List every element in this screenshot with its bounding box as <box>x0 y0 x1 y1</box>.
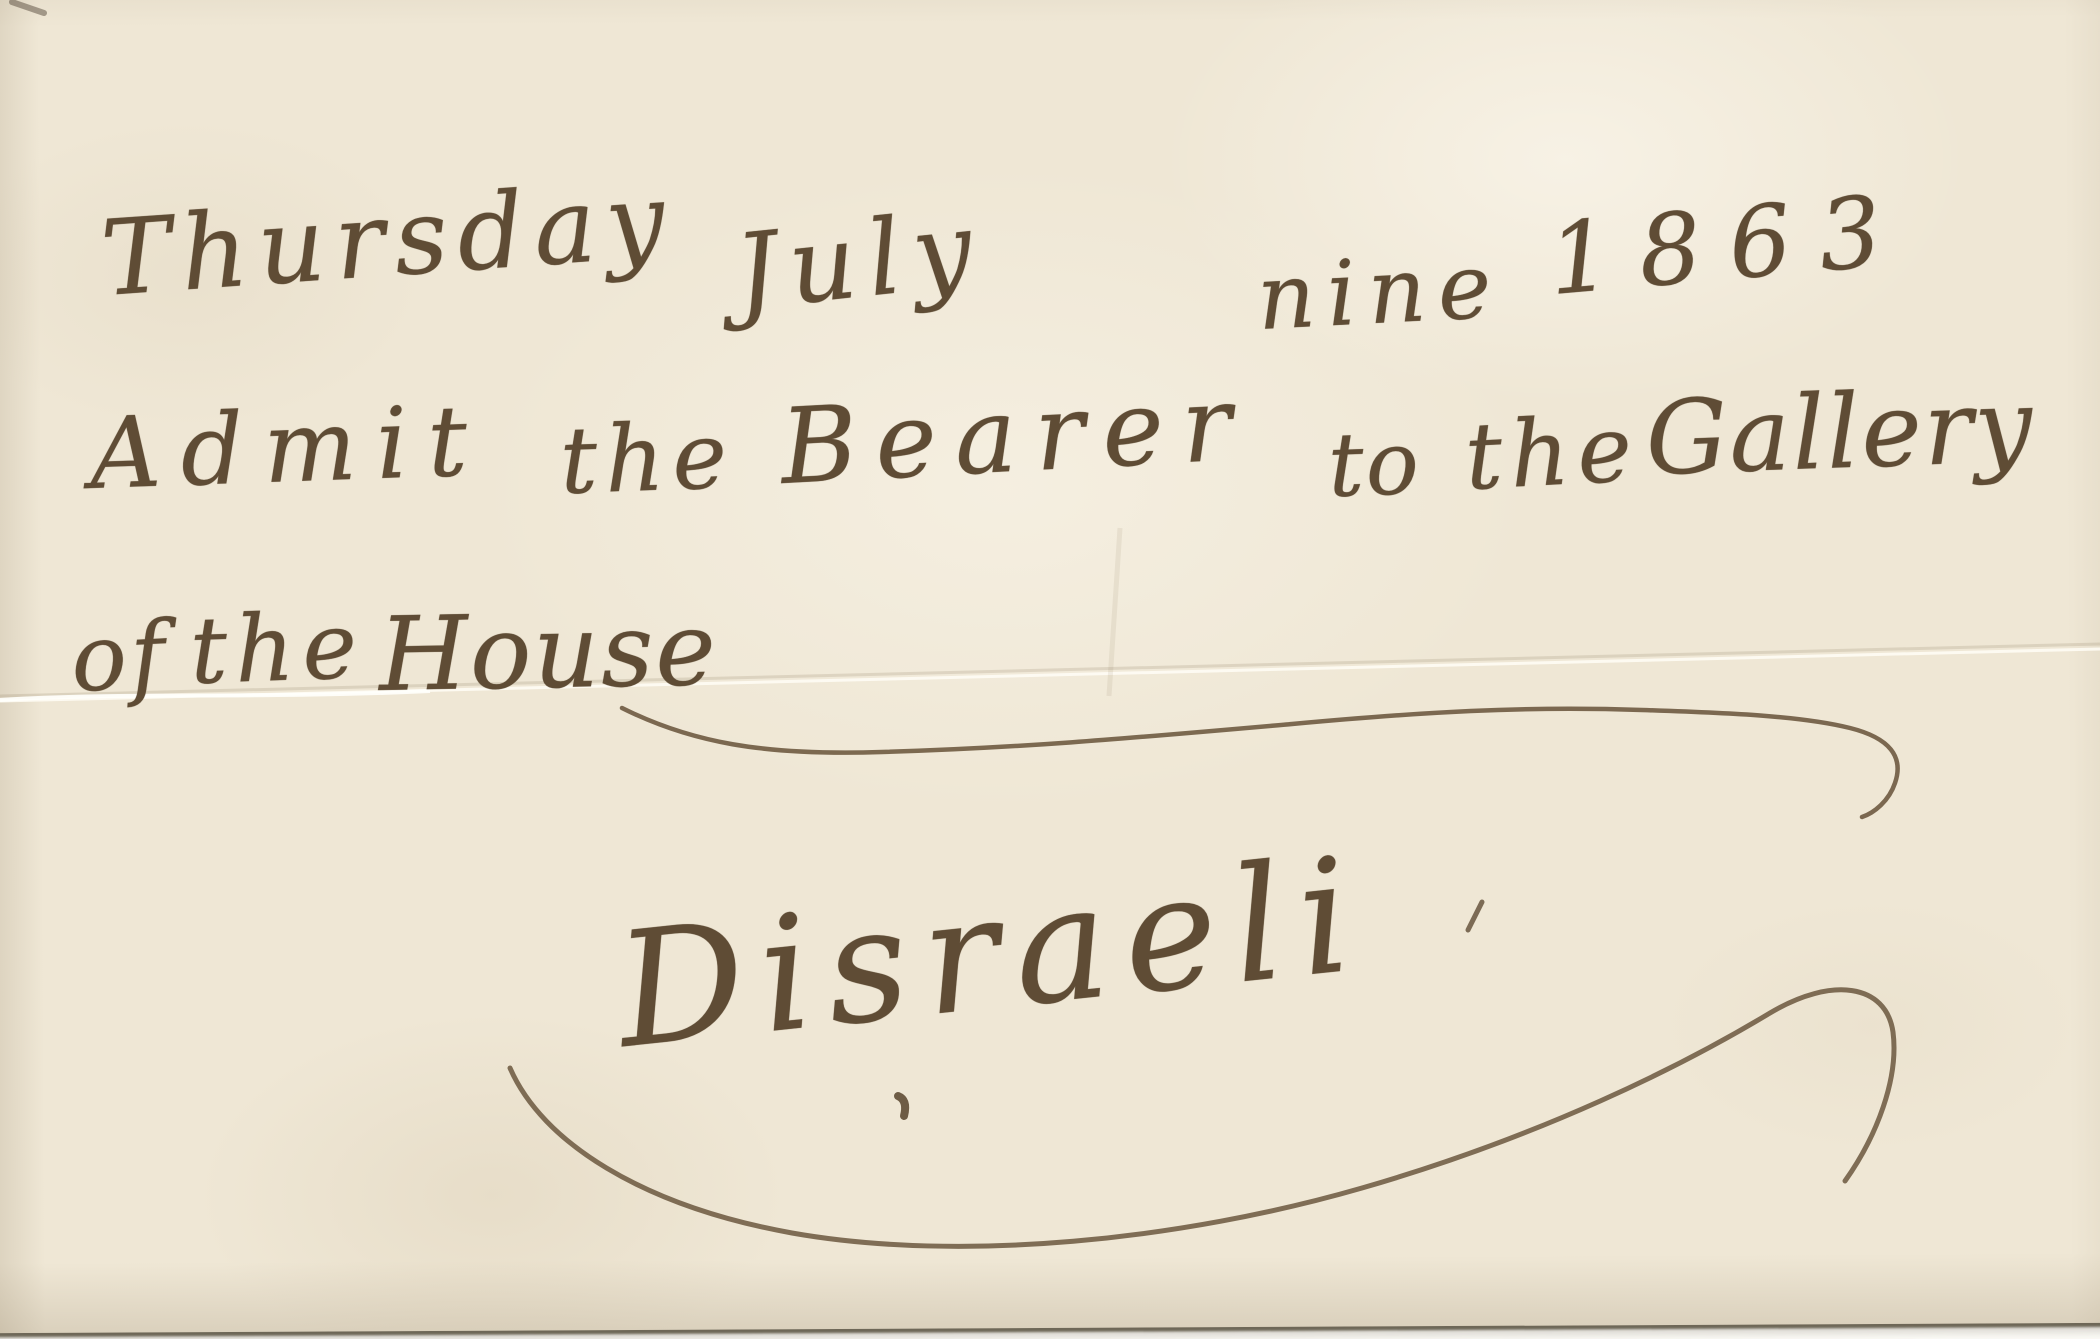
word-the-1: the <box>558 402 736 515</box>
word-admit: Admit <box>88 384 489 512</box>
word-the-3: the <box>188 592 366 705</box>
word-nine: nine <box>1255 233 1506 351</box>
word-house: House <box>378 590 719 715</box>
scanned-handwritten-note: Thursday July nine 1863 Admit the Bearer… <box>0 0 2100 1339</box>
word-bearer: Bearer <box>778 362 1253 508</box>
word-the-2: the <box>1462 395 1642 511</box>
word-july: July <box>729 187 989 334</box>
word-of: of <box>68 601 171 713</box>
word-to: to <box>1326 411 1422 517</box>
word-gallery: Gallery <box>1644 367 2036 499</box>
